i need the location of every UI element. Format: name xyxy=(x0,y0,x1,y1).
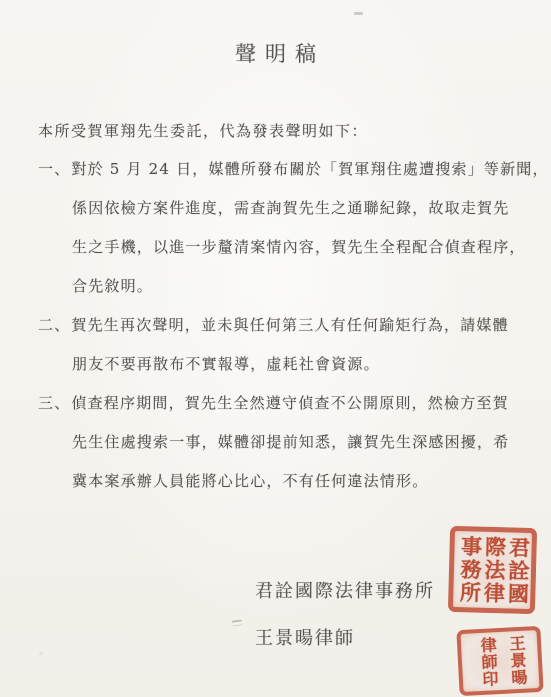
point-line: 二、賀先生再次聲明，並未與任何第三人有任何踰矩行為，請媒體 xyxy=(38,306,531,345)
point-line: 生之手機，以進一步釐清案情內容，賀先生全程配合偵查程序， xyxy=(38,228,531,267)
point-number: 三、 xyxy=(38,394,70,412)
document-title: 聲明稿 xyxy=(0,38,551,68)
scan-artifact xyxy=(354,12,363,15)
firm-name: 君詮國際法律事務所 xyxy=(255,568,435,615)
point-line: 一、對於 5 月 24 日，媒體所發布關於「賀軍翔住處遭搜索」等新聞， xyxy=(38,150,531,189)
scan-artifact xyxy=(39,652,43,655)
point-line: 先生住處搜索一事，媒體卻提前知悉，讓賀先生深感困擾，希 xyxy=(38,423,531,462)
point-line-text: 對於 5 月 24 日，媒體所發布關於「賀軍翔住處遭搜索」等新聞， xyxy=(71,160,548,178)
point-line: 合先敘明。 xyxy=(38,267,531,306)
signature-block: 君詮國際法律事務所 王景暘律師 xyxy=(255,568,435,662)
lawyer-seal-stamp: 王景暘律師印 xyxy=(456,626,543,696)
statement-points: 一、對於 5 月 24 日，媒體所發布關於「賀軍翔住處遭搜索」等新聞， 係因依檢… xyxy=(38,150,531,501)
point-line: 係因依檢方案件進度，需查詢賀先生之通聯紀錄，故取走賀先 xyxy=(38,189,531,228)
point-number: 一、 xyxy=(38,160,70,178)
point-line-text: 賀先生再次聲明，並未與任何第三人有任何踰矩行為，請媒體 xyxy=(71,316,508,334)
statement-document: 聲明稿 本所受賀軍翔先生委託，代為發表聲明如下： 一、對於 5 月 24 日，媒… xyxy=(0,0,551,697)
statement-point-1: 一、對於 5 月 24 日，媒體所發布關於「賀軍翔住處遭搜索」等新聞， 係因依檢… xyxy=(38,150,531,306)
point-line: 朋友不要再散布不實報導，虛耗社會資源。 xyxy=(38,345,531,384)
point-line: 三、偵查程序期間，賀先生全然遵守偵查不公開原則，然檢方至賀 xyxy=(38,384,531,423)
intro-line: 本所受賀軍翔先生委託，代為發表聲明如下： xyxy=(38,112,527,151)
point-line: 冀本案承辦人員能將心比心，不有任何違法情形。 xyxy=(38,462,531,501)
point-line-text: 偵查程序期間，賀先生全然遵守偵查不公開原則，然檢方至賀 xyxy=(71,394,508,412)
statement-point-3: 三、偵查程序期間，賀先生全然遵守偵查不公開原則，然檢方至賀 先生住處搜索一事，媒… xyxy=(38,384,531,501)
firm-seal-stamp: 君詮國際法律事務所 xyxy=(448,526,537,614)
point-number: 二、 xyxy=(38,316,70,334)
statement-point-2: 二、賀先生再次聲明，並未與任何第三人有任何踰矩行為，請媒體 朋友不要再散布不實報… xyxy=(38,306,531,384)
lawyer-name: 王景暘律師 xyxy=(255,615,435,662)
scan-artifact xyxy=(232,619,243,626)
